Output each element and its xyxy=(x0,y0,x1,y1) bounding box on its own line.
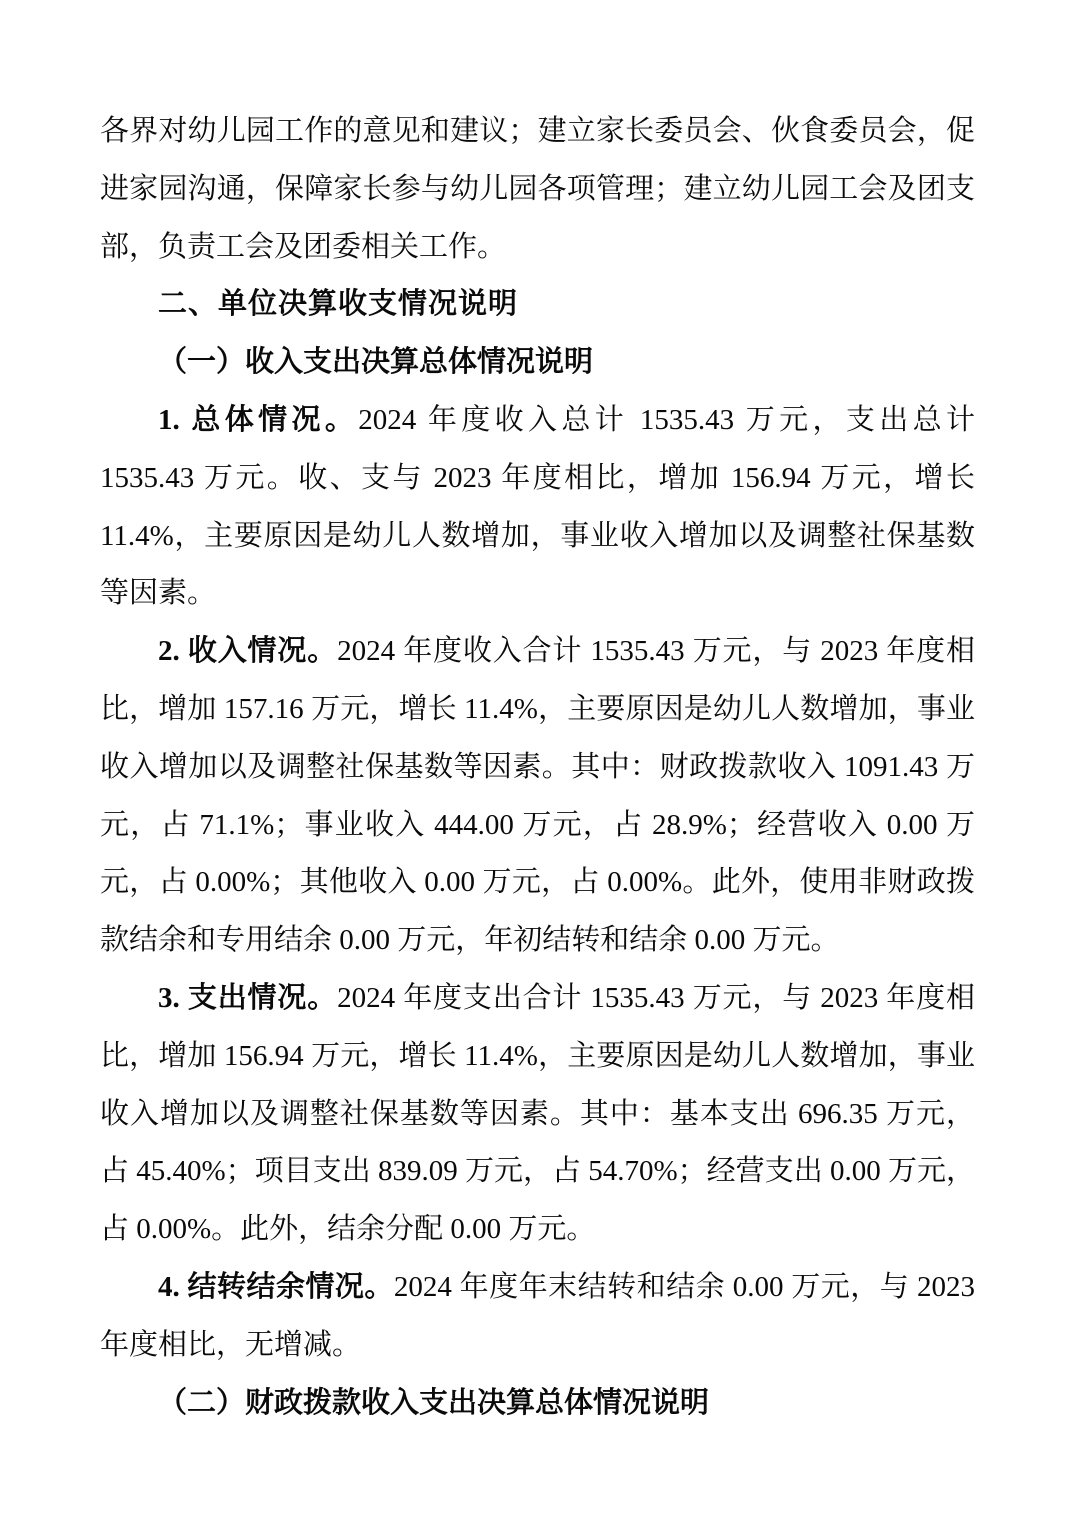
paragraph-intro-continued: 各界对幼儿园工作的意见和建议；建立家长委员会、伙食委员会，促进家园沟通，保障家长… xyxy=(100,103,975,276)
paragraph-text: 各界对幼儿园工作的意见和建议；建立家长委员会、伙食委员会，促进家园沟通，保障家长… xyxy=(100,115,975,263)
paragraph-income-text: 2024 年度收入合计 1535.43 万元，与 2023 年度相比，增加 15… xyxy=(100,635,975,956)
subsection-heading-text: （二）财政拨款收入支出决算总体情况说明 xyxy=(158,1387,709,1419)
subsection-heading-1: （一）收入支出决算总体情况说明 xyxy=(100,334,975,392)
paragraph-carryover-label: 4. 结转结余情况。 xyxy=(158,1271,394,1303)
subsection-heading-text: （一）收入支出决算总体情况说明 xyxy=(158,346,593,378)
paragraph-carryover: 4. 结转结余情况。2024 年度年末结转和结余 0.00 万元，与 2023 … xyxy=(100,1259,975,1375)
document-body: 各界对幼儿园工作的意见和建议；建立家长委员会、伙食委员会，促进家园沟通，保障家长… xyxy=(100,103,975,1432)
document-page: 各界对幼儿园工作的意见和建议；建立家长委员会、伙食委员会，促进家园沟通，保障家长… xyxy=(0,0,1074,1520)
paragraph-overall-label: 1. 总体情况。 xyxy=(158,404,358,436)
paragraph-expenditure: 3. 支出情况。2024 年度支出合计 1535.43 万元，与 2023 年度… xyxy=(100,970,975,1259)
paragraph-income: 2. 收入情况。2024 年度收入合计 1535.43 万元，与 2023 年度… xyxy=(100,623,975,970)
section-heading: 二、单位决算收支情况说明 xyxy=(100,276,975,334)
paragraph-expenditure-label: 3. 支出情况。 xyxy=(158,982,337,1014)
subsection-heading-2: （二）财政拨款收入支出决算总体情况说明 xyxy=(100,1375,975,1433)
paragraph-income-label: 2. 收入情况。 xyxy=(158,635,337,667)
section-heading-text: 二、单位决算收支情况说明 xyxy=(158,288,518,320)
paragraph-overall: 1. 总体情况。2024 年度收入总计 1535.43 万元，支出总计 1535… xyxy=(100,392,975,623)
paragraph-expenditure-text: 2024 年度支出合计 1535.43 万元，与 2023 年度相比，增加 15… xyxy=(100,982,975,1245)
